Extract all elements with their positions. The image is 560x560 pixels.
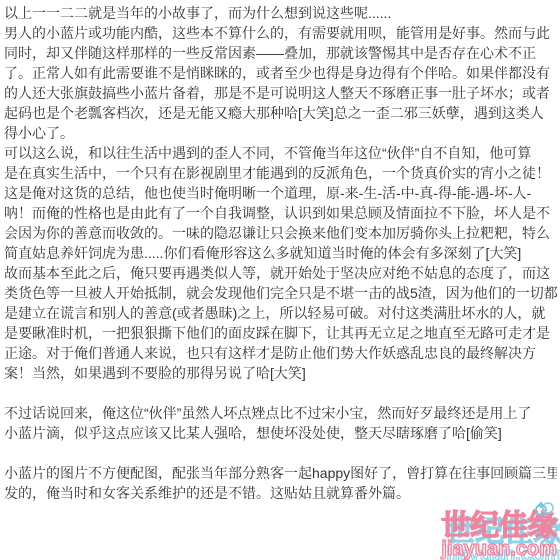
watermark-brand: 世纪佳缘 bbox=[441, 512, 557, 541]
text-line: 起码也是个老瓢客档次，还是无能又瘾大那种哈[大笑]总之一歪二邪三妖孽，遇到这类人 bbox=[4, 103, 557, 123]
text-line: 这是俺对这货的总结，他也使当时俺明晰一个道理，原-来-生-活-中-真-得-能-遇… bbox=[4, 183, 557, 203]
text-line: 是要瞅准时机，一把狠狠撕下他们的面皮踩在脚下，让其再无立足之地直至无路可走才是 bbox=[4, 323, 557, 343]
paragraph: 男人的小蓝片或功能内酷，这些本不算什么的，有需要就用呗，能管用是好事。然而与此 … bbox=[4, 23, 557, 143]
text-line: 以上一一二二就是当年的小故事了，而为什么想到说这些呢...... bbox=[4, 3, 557, 23]
text-line: 同时，却又伴随这样那样的一些反常因素——叠加，那就该警惕其中是否存在心术不正 bbox=[4, 43, 557, 63]
watermark-pink-layer: 世纪佳缘 jiayuan.com bbox=[441, 499, 557, 558]
text-line: 案！当然，如果遇到不要脸的那得另说了哈[大笑] bbox=[4, 363, 557, 383]
text-line: 类货色等一旦被人开始抵制，就会发现他们完全只是不堪一击的战5渣，因为他们的一切都 bbox=[4, 283, 557, 303]
text-line: 呐！而俺的性格也是由此有了一个自我调整，认识到如果总顾及情面拉不下脸，坏人是不 bbox=[4, 203, 557, 223]
paragraph: 不过话说回来，俺这位“伙伴”虽然人坏点矬点比不过宋小宝，然而好歹最终还是用上了 … bbox=[4, 403, 557, 443]
text-line: 发的，俺当时和女客关系维护的还是不错。这贴姑且就算番外篇。 bbox=[4, 483, 557, 503]
text-line: 了。正常人如有此需要谁不是悄眯眯的，或者至少也得是身边得有个伴哈。如果伴都没有 bbox=[4, 63, 557, 83]
paragraph: 以上一一二二就是当年的小故事了，而为什么想到说这些呢...... bbox=[4, 3, 557, 23]
post-body: 以上一一二二就是当年的小故事了，而为什么想到说这些呢...... 男人的小蓝片或… bbox=[4, 3, 557, 503]
text-line: 小蓝片的图片不方便配图，配张当年部分熟客一起happy图好了，曾打算在往事回顾篇… bbox=[4, 463, 557, 483]
watermark-brand-blue: 世纪佳缘 bbox=[446, 518, 560, 547]
watermark-domain-blue: jiayuan.com bbox=[446, 546, 560, 560]
text-line: 正途。对于俺们普通人来说，也只有这样才是防止他们势大作妖惑乱忠良的最终解决方 bbox=[4, 343, 557, 363]
text-line: 的人还大张旗鼓搞些小蓝片备着，那是不是可说明这人整天不琢磨正事一肚子坏水；或者 bbox=[4, 83, 557, 103]
text-line: 简直姑息养奸饲虎为患.....你们看俺形容这么多就知道当时俺的体会有多深刻了[大… bbox=[4, 243, 557, 263]
text-line: 会因为你的善意而收敛的。一味的隐忍谦让只会换来他们变本加厉骑你头上拉粑粑，特么 bbox=[4, 223, 557, 243]
text-line: 可以这么说，和以往生活中遇到的歪人不同，不管俺当年这位“伙伴”自不自知，他可算 bbox=[4, 143, 557, 163]
text-line: 小蓝片滴，似乎这点应该又比某人强哈，想使坏没处使，整天尽瞎琢磨了哈[偷笑] bbox=[4, 423, 557, 443]
text-line: 男人的小蓝片或功能内酷，这些本不算什么的，有需要就用呗，能管用是好事。然而与此 bbox=[4, 23, 557, 43]
watermark-domain: jiayuan.com bbox=[441, 540, 557, 558]
paragraph: 可以这么说，和以往生活中遇到的歪人不同，不管俺当年这位“伙伴”自不自知，他可算 … bbox=[4, 143, 557, 383]
text-line: 是在真实生活中，一个只有在影视剧里才能遇到的反派角色，一个货真价实的宵小之徒！ bbox=[4, 163, 557, 183]
text-line: 故而基本至此之后，俺只要再遇类似人等，就开始处于坚决应对绝不姑息的态度了，而这 bbox=[4, 263, 557, 283]
watermark-blue-layer: 世纪佳缘 jiayuan.com bbox=[446, 505, 560, 560]
paragraph: 小蓝片的图片不方便配图，配张当年部分熟客一起happy图好了，曾打算在往事回顾篇… bbox=[4, 463, 557, 503]
text-line: 是建立在谎言和别人的善意(或者愚昧)之上，所以轻易可破。对付这类满肚坏水的人，就 bbox=[4, 303, 557, 323]
text-line: 得小心了。 bbox=[4, 123, 557, 143]
text-line: 不过话说回来，俺这位“伙伴”虽然人坏点矬点比不过宋小宝，然而好歹最终还是用上了 bbox=[4, 403, 557, 423]
jiayuan-watermark: 世纪佳缘 jiayuan.com 世纪佳缘 jiayuan.com bbox=[397, 499, 557, 559]
